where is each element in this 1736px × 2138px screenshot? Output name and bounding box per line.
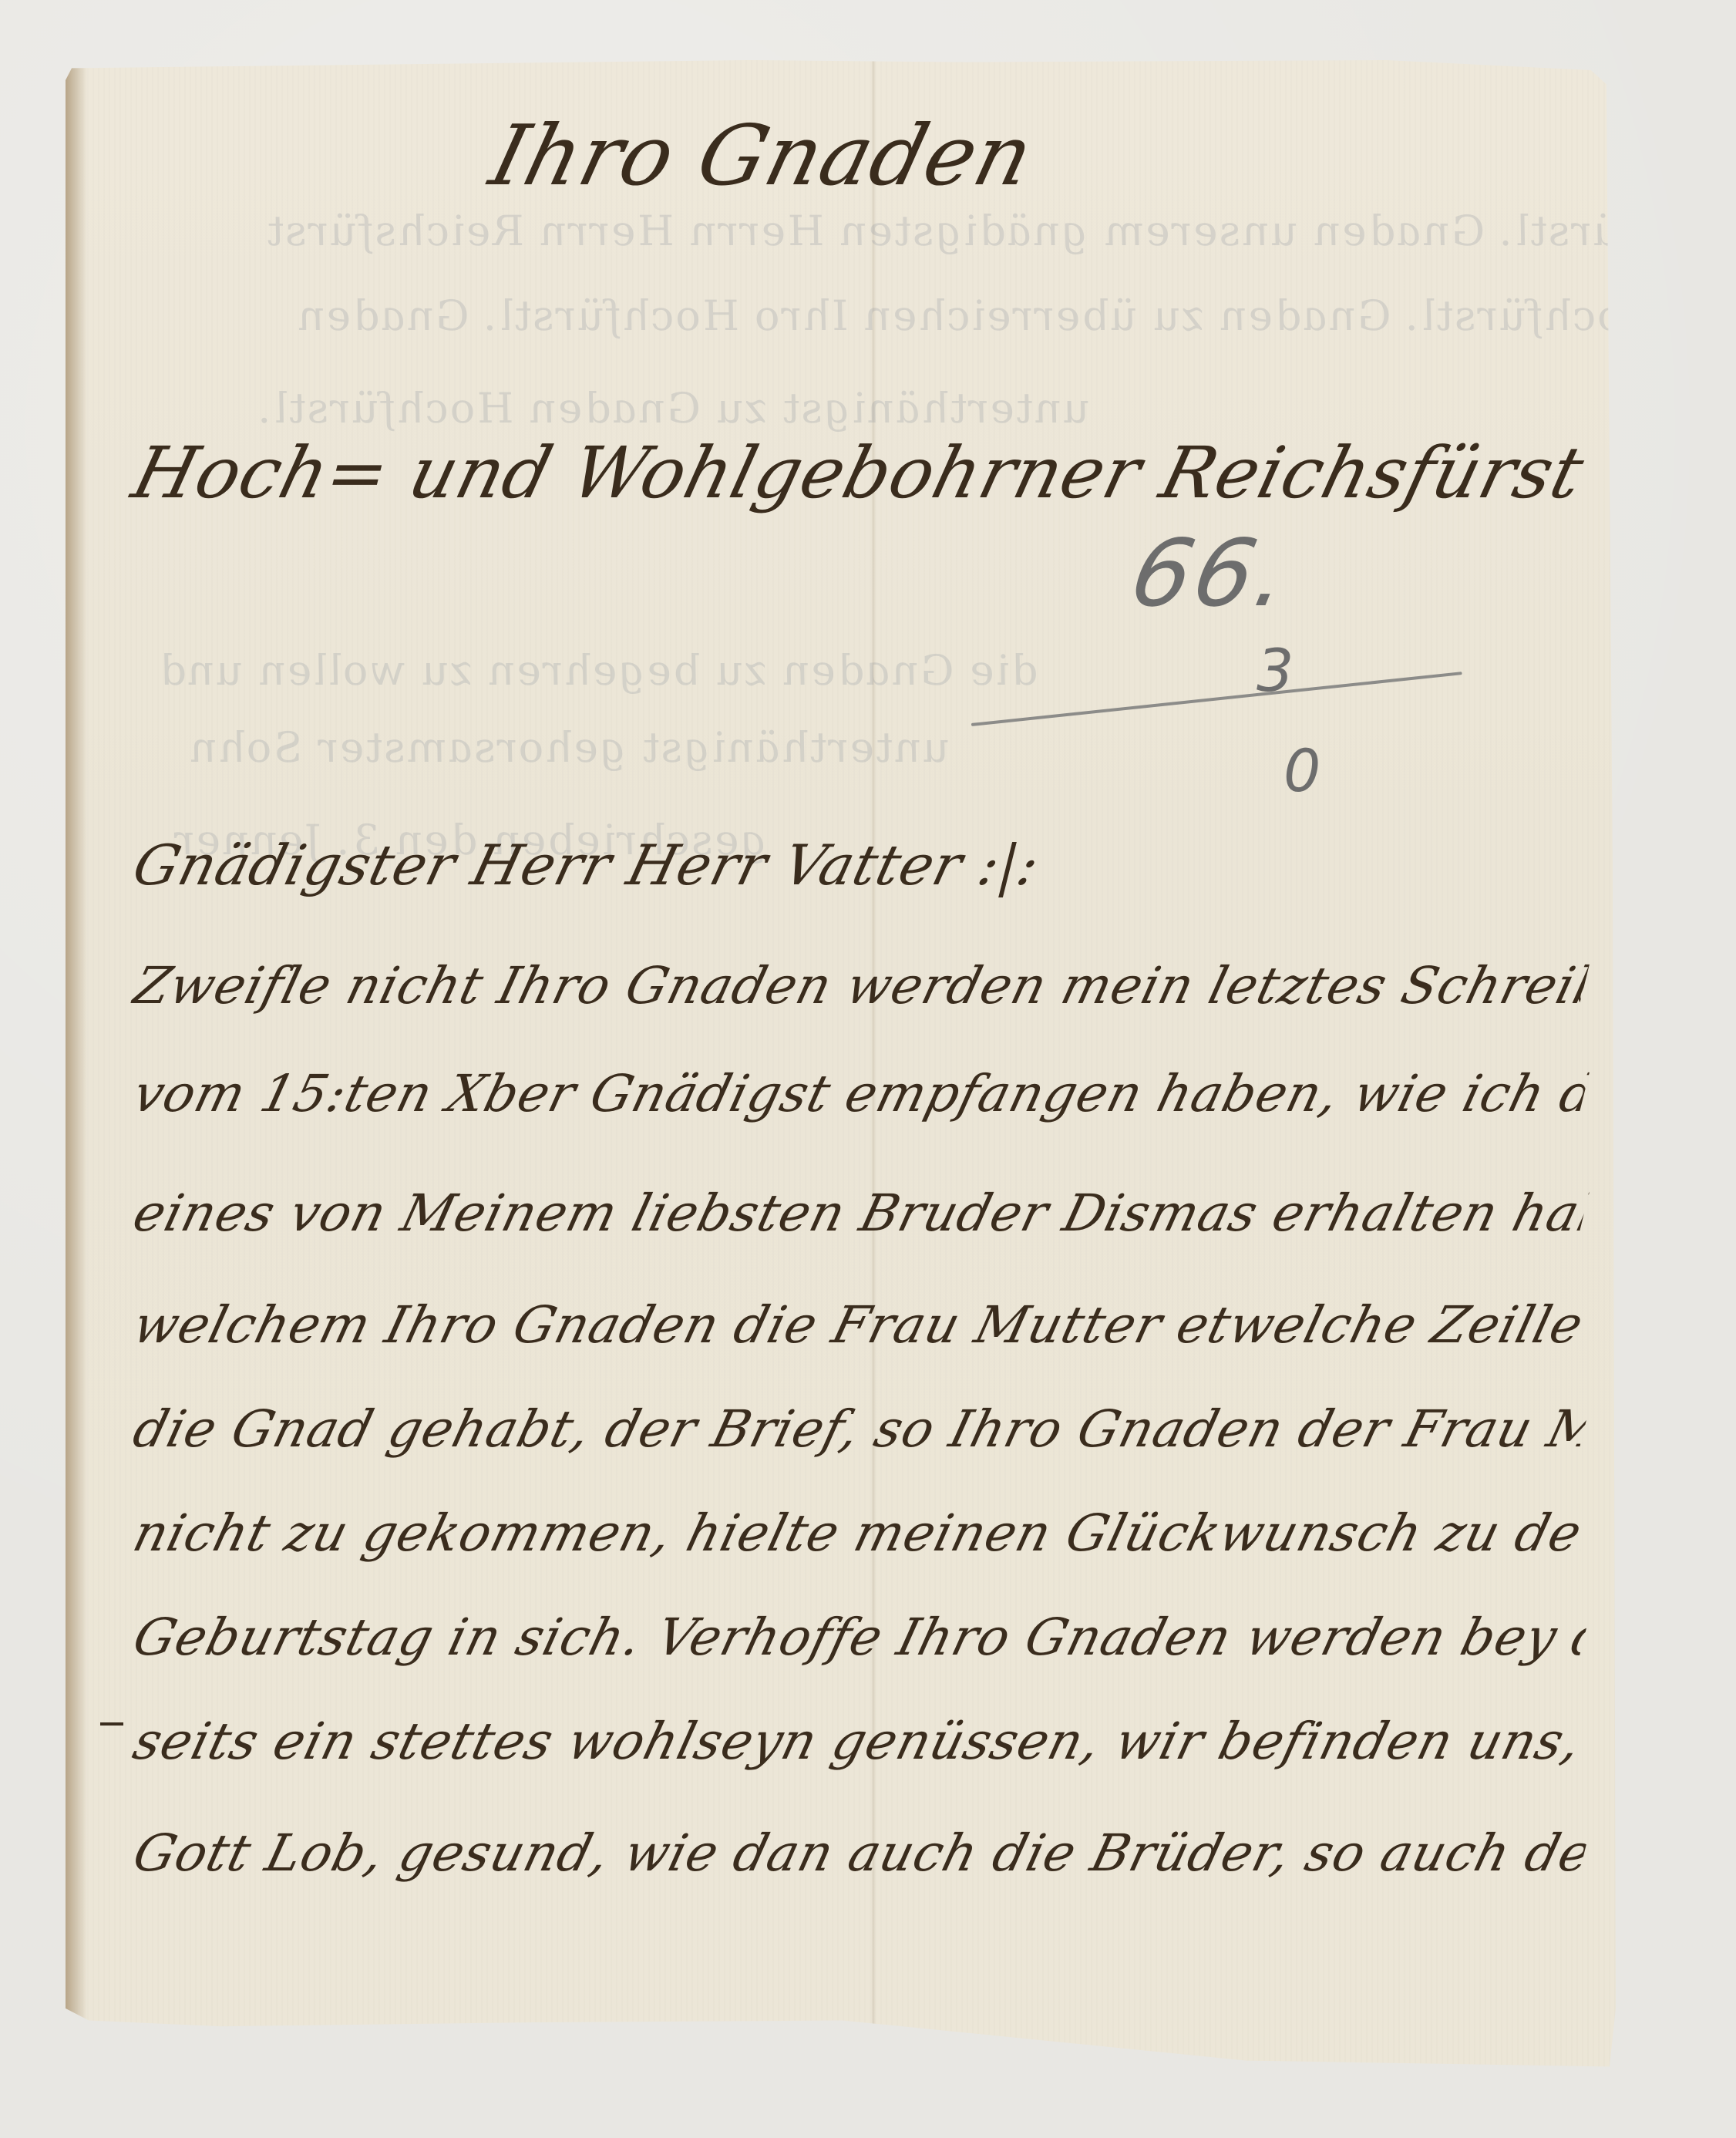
letter-body-line: Gott Lob, gesund, wie dan auch die Brüde… [127, 1823, 1591, 1883]
letter-body-line: seits ein stettes wohlseyn genüssen, wir… [127, 1712, 1591, 1771]
bleed-through-line: die Gnaden zu begehren zu wollen und [153, 646, 1041, 695]
letter-heading-title: Hoch= und Wohlgebohrner Reichsfürst [125, 432, 1593, 514]
letter-body-line: nicht zu gekommen, hielte meinen Glückwu… [127, 1503, 1591, 1563]
bleed-through-line: Ihre Hochfürstl. Gnaden zu überreichen I… [292, 291, 1736, 340]
letter-body-line: die Gnad gehabt, der Brief, so Ihro Gnad… [127, 1399, 1591, 1459]
letter-body-line: Zweifle nicht Ihro Gnaden werden mein le… [127, 956, 1591, 1015]
bleed-through-line: unterthänigst zu Gnaden Hochfürstl. [254, 384, 1094, 433]
letter-body-line: vom 15:ten Xber Gnädigst empfangen haben… [127, 1064, 1591, 1123]
letter-body-line: eines von Meinem liebsten Bruder Dismas … [127, 1183, 1591, 1243]
letter-body-line: Geburtstag in sich. Verhoffe Ihro Gnaden… [127, 1608, 1591, 1667]
bleed-through-line: Ihro Hochfürstl. Gnaden unserem gnädigst… [261, 207, 1736, 255]
letter-salutation: Gnädigster Herr Herr Vatter :|: [127, 833, 1047, 897]
archival-pencil-fraction-denominator: 0 [1283, 736, 1321, 805]
letter-body-line: welchem Ihro Gnaden die Frau Mutter etwe… [127, 1295, 1591, 1355]
page-left-edge [66, 60, 87, 2069]
bleed-through-line: unterthänigst gehorsamster Sohn [184, 723, 954, 772]
margin-dash-mark [100, 1722, 123, 1726]
archival-pencil-number: 66. [1122, 520, 1300, 628]
letter-heading-address: Ihro Gnaden [481, 108, 1042, 204]
